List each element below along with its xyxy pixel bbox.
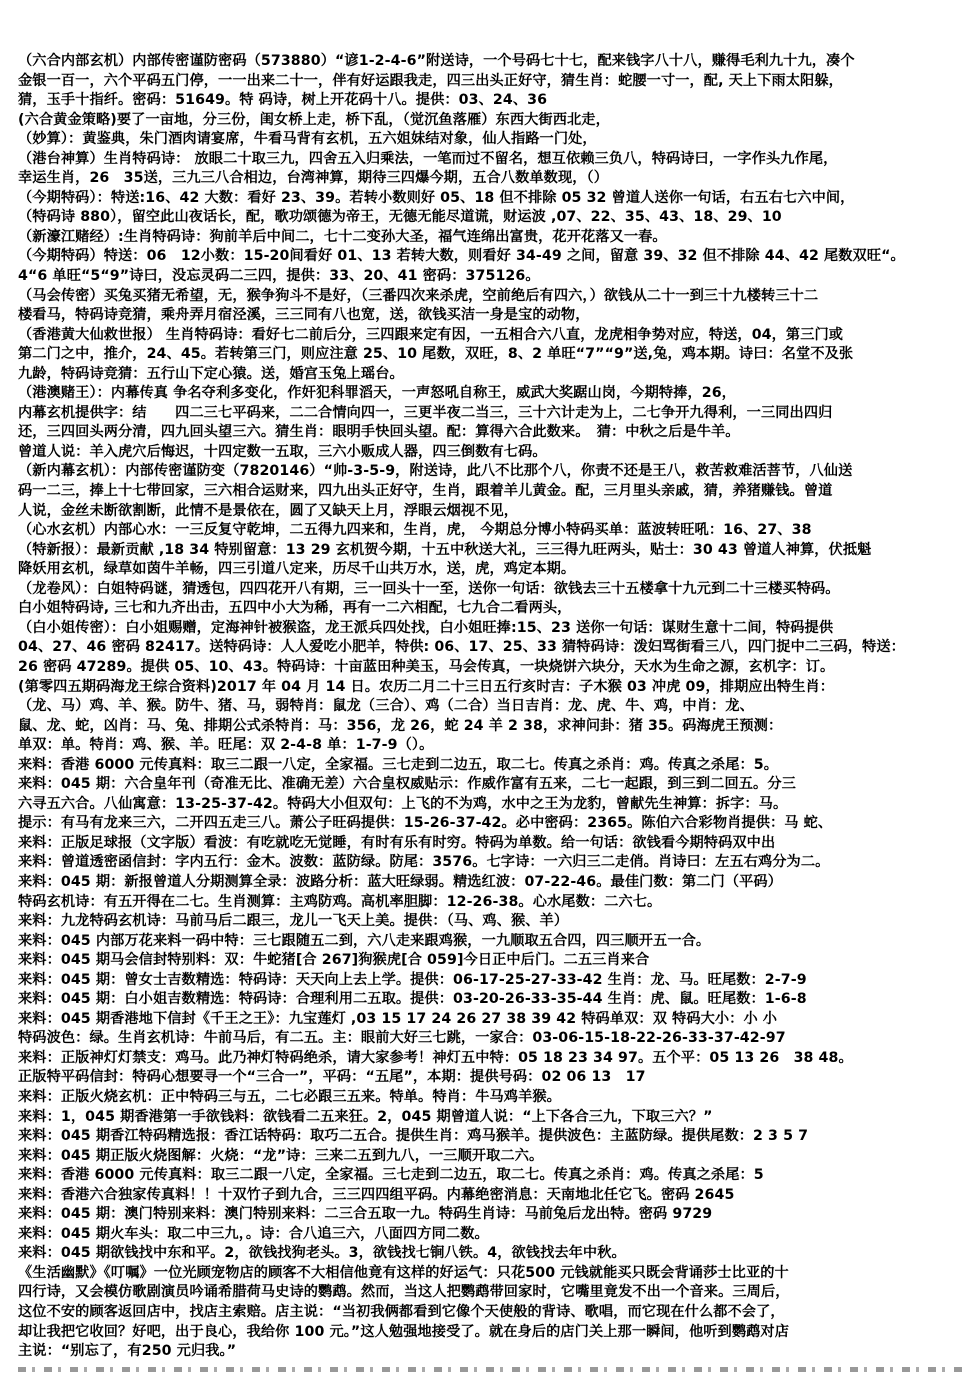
text-line: 来料：045 内部万花来料一码中特：三七跟随五二到，六八走来跟鸡猴，一九顺取五合… [18, 932, 967, 952]
text-line: 来料：045 期香江特码精选报：香江话特码：取巧二五合。提供生肖：鸡马猴羊。提供… [18, 1127, 967, 1147]
text-line: 来料：正版足球报（文字版）看波：有吃就吃无觉睡，有时有乐有时穷。特码为单数。给一… [18, 834, 967, 854]
text-line: 来料：045 期：白小姐吉数精选：特码诗：合理利用二五取。提供：03-20-26… [18, 990, 967, 1010]
text-line: 内幕玄机提供字：结 四二三七平码来，二二合情向四一，三更半夜二当三，三十六计走为… [18, 404, 967, 424]
text-line: （马会传密）买兔买猪无希望，无，猴争狗斗不是好，（三番四次来杀虎，空前绝后有四六… [18, 287, 967, 307]
text-line: 人说，金丝未断欲割断，此情不是景依在，圆了又缺天上月，浮眼云烟视不见， [18, 502, 967, 522]
text-line: （特新报）：最新贡献 ,18 34 特别留意：13 29 玄机贺今期，十五中秋送… [18, 541, 967, 561]
text-line: 四行诗，又会模仿歌剧演员吟诵希腊荷马史诗的鹦鹉。然而，当这人把鹦鹉带回家时，它嘴… [18, 1283, 967, 1303]
text-line: （今期特码）：特送:16、42 大数：看好 23、39。若转小数则好 05、18… [18, 189, 967, 209]
text-line: 楼看马，特码诗竞猜，乘舟弄月宿泾溪，三三同有八也宽，送，欲钱买洁一身是宝的动物， [18, 306, 967, 326]
text-line: （今期特码）特送：06 12小数：15-20间看好 01、13 若转大数，则看好… [18, 247, 967, 267]
text-line: 来料：正版火烧玄机：正中特码三与五，二七必跟三五来。特单。特肖：牛马鸡羊猴。 [18, 1088, 967, 1108]
text-line: （白小姐传密）：白小姐赐赠，定海神针被猴盗，龙王派兵四处找，白小姐旺捧:15、2… [18, 619, 967, 639]
text-line: 提示：有马有龙来三六，二开四五走三八。萧公子旺码提供：15-26-37-42。必… [18, 814, 967, 834]
text-line: 来料：045 期：新报曾道人分期测算全录：波路分析：蓝大旺绿弱。精选红波：07-… [18, 873, 967, 893]
text-line: 4“6 单旺“5“9”诗曰，没忘灵码二三四，提供：33、20、41 密码：375… [18, 267, 967, 287]
text-line: 04、27、46 密码 82417。送特码诗：人人爱吃小肥羊，特供: 06、17… [18, 638, 967, 658]
text-line: （龙、马）鸡、羊、猴。防牛、猪、马，弱特肖：鼠龙（三合）、鸡（二合）当日吉肖：龙… [18, 697, 967, 717]
text-line: （特码诗 880），留空此山夜话长，配，歌功颂德为帝王，无德无能尽道谎，财运波 … [18, 208, 967, 228]
text-line: 正版特平码信封：特码心想要寻一个“三合一”，平码：“五尾”，本期：提供号码：02… [18, 1068, 967, 1088]
text-line: 白小姐特码诗, 三七和九齐出击，五四中小大为稀，再有一二六相配，七九合二看两头， [18, 599, 967, 619]
text-line: 来料：1，045 期香港第一手欲钱料：欲钱看二五来狂。2，045 期曾道人说：“… [18, 1108, 967, 1128]
text-line: 却让我把它收回？好吧，出于良心，我给你 100 元。”这人勉强地接受了。就在身后… [18, 1323, 967, 1343]
text-line: 来料：045 期：澳门特别来料：澳门特别来料：二三合五取一九。特码生肖诗：马前兔… [18, 1205, 967, 1225]
text-line: 来料：045 期火车头：取二中三九，。诗：合八追三六，八面四方同二数。 [18, 1225, 967, 1245]
text-line: 六寻五六合。八仙寓意：13-25-37-42。特码大小但双句：上飞的不为鸡，水中… [18, 795, 967, 815]
text-line: 来料：香港六合独家传真料！！十双竹子到九合，三三四四组平码。内幕绝密消息：天南地… [18, 1186, 967, 1206]
text-line: 特码玄机诗：有五开得在二七。生肖测算：主鸡防鸡。高机率胆脚：12-26-38。心… [18, 893, 967, 913]
text-line: 幸运生肖，26 35送，三九三八合相边，台湾神算，期待三四爆今期，五合八数单数现… [18, 169, 967, 189]
text-line: 来料：045 期正版火烧图解：火烧：“龙”诗：三来二五到九八，一三顺开取二六。 [18, 1147, 967, 1167]
text-line: （龙卷风）：白姐特码谜，猜透包，四四花开八有期，三一回头十一至，送你一句话：欲钱… [18, 580, 967, 600]
text-line: 曾道人说：羊入虎穴后悔迟，十四定数一五取，三六小贩成人器，四三倒数有七码。 [18, 443, 967, 463]
text-line: (第零四五期码海龙王综合资料)2017 年 04 月 14 日。农历二月二十三日… [18, 678, 967, 698]
text-line: 九龄，特码诗竞猜：五行山下定心猿。送，婚宫玉兔上瑶台。 [18, 365, 967, 385]
text-line: 特码波色：绿。生肖玄机诗：牛前马后，有二五。主：眼前大好三七跳，一家合：03-0… [18, 1029, 967, 1049]
text-line: 还，三四回头两分清，四九回头望三六。猜生肖：眼明手快回头望。配：算得六合此数来。… [18, 423, 967, 443]
text-line: 鼠、龙、蛇，凶肖：马、兔、排期公式杀特肖：马：356，龙 26，蛇 24 羊 2… [18, 717, 967, 737]
text-line: 码一二三，捧上十七带回家，三六相合运财来，四九出头正好守，生肖，跟着羊儿黄金。配… [18, 482, 967, 502]
text-line: 《生活幽默》《叮嘱》一位光顾宠物店的顾客不大相信他竟有这样的好运气：只花500 … [18, 1264, 967, 1284]
text-line: （港台神算）生肖特码诗： 放眼二十取三九，四舍五入归乘法，一笔而过不留名，想互依… [18, 150, 967, 170]
text-line: 这位不安的顾客返回店中，找店主索赔。店主说：“当初我俩都看到它像个天使般的背诗、… [18, 1303, 967, 1323]
text-line: 第二门之中，推介，24、45。若转第三门，则应注意 25、10 尾数，双旺，8、… [18, 345, 967, 365]
text-line: 来料：正版神灯灯禁支：鸡马。此乃神灯特码绝杀，请大家参考！神灯五中特：05 18… [18, 1049, 967, 1069]
text-line: 来料：045 期：曾女士吉数精选：特码诗：天天向上去上学。提供：06-17-25… [18, 971, 967, 991]
text-line: 单双：单。特肖：鸡、猴、羊。旺尾：双 2-4-8 单：1-7-9（）。 [18, 736, 967, 756]
text-line: 来料：045 期：六合皇年刊（奇准无比、准确无差）六合皇权威贴示：作威作富有五来… [18, 775, 967, 795]
text-line: 来料：045 期欲钱找中东和平。2，欲钱找狗老头。3，欲钱找七锏八铁。4，欲钱找… [18, 1244, 967, 1264]
text-line: 26 密码 47289。提供 05、10、43。特码诗：十亩蓝田种美玉，马会传真… [18, 658, 967, 678]
document-page: （六合内部玄机）内部传密谨防密码（573880）“谚1-2-4-6”附送诗，一个… [0, 0, 977, 1388]
text-line: 来料：香港 6000 元传真料：取三二跟一八定，全家福。三七走到二边五，取二七。… [18, 1166, 967, 1186]
text-line: 降妖用玄机，绿草如茵牛羊畅，四三引道八定来，历尽千山共万水，送，虎，鸡定本期。 [18, 560, 967, 580]
text-line: 金银一百一，六个平码五门停，一一出来二十一，伴有好运跟我走，四三出头正好守，猜生… [18, 72, 967, 92]
text-line: 来料：045 期马会信封特别料：双：牛蛇猪[合 267]狗猴虎[合 059]今日… [18, 951, 967, 971]
text-line: 来料：045 期香港地下信封《千王之王》：九宝莲灯 ,03 15 17 24 2… [18, 1010, 967, 1030]
text-line: （港澳赌王）：内幕传真 争名夺利多变化，作奸犯科罪滔天，一声怒吼自称王，威武大奖… [18, 384, 967, 404]
text-line: 来料：九龙特码玄机诗：马前马后二跟三，龙儿一飞天上美。提供：（马、鸡、猴、羊） [18, 912, 967, 932]
text-line: （新内幕玄机）：内部传密谨防变（7820146）“帅-3-5-9，附送诗，此八不… [18, 462, 967, 482]
text-line: （六合内部玄机）内部传密谨防密码（573880）“谚1-2-4-6”附送诗，一个… [18, 52, 967, 72]
text-line: 来料：香港 6000 元传真料：取三二跟一八定，全家福。三七走到二边五，取二七。… [18, 756, 967, 776]
text-line: 主说：“别忘了，有250 元归我。” [18, 1342, 967, 1362]
text-line: （新濠江赌经）:生肖特码诗：狗前羊后中间二，七十二变孙大圣，福气连绵出富贵，花开… [18, 228, 967, 248]
text-line: （心水玄机）内部心水：一三反复守乾坤，二五得九四来和，生肖，虎， 今期总分博小特… [18, 521, 967, 541]
text-line: 来料：曾道透密函信封：字内五行：金木。波数：蓝防绿。防尾：3576。七字诗：一六… [18, 853, 967, 873]
clipped-partial-text-line [18, 1367, 963, 1372]
text-line: （香港黄大仙救世报） 生肖特码诗：看好七二前后分，三四跟来定有因，一五相合六八直… [18, 326, 967, 346]
text-line: (六合黄金策略)要了一亩地，分三份，闺女桥上走，桥下乱，（觉沉鱼落雁）东西大街西… [18, 111, 967, 131]
text-line: （妙算）：黄鉴典，朱门酒肉请宴席，牛看马背有玄机，五六姐妹结对象，仙人指路一门处… [18, 130, 967, 150]
text-line: 猜，玉手十指纤。密码：51649。特 码诗，树上开花码十八。提供：03、24、3… [18, 91, 967, 111]
